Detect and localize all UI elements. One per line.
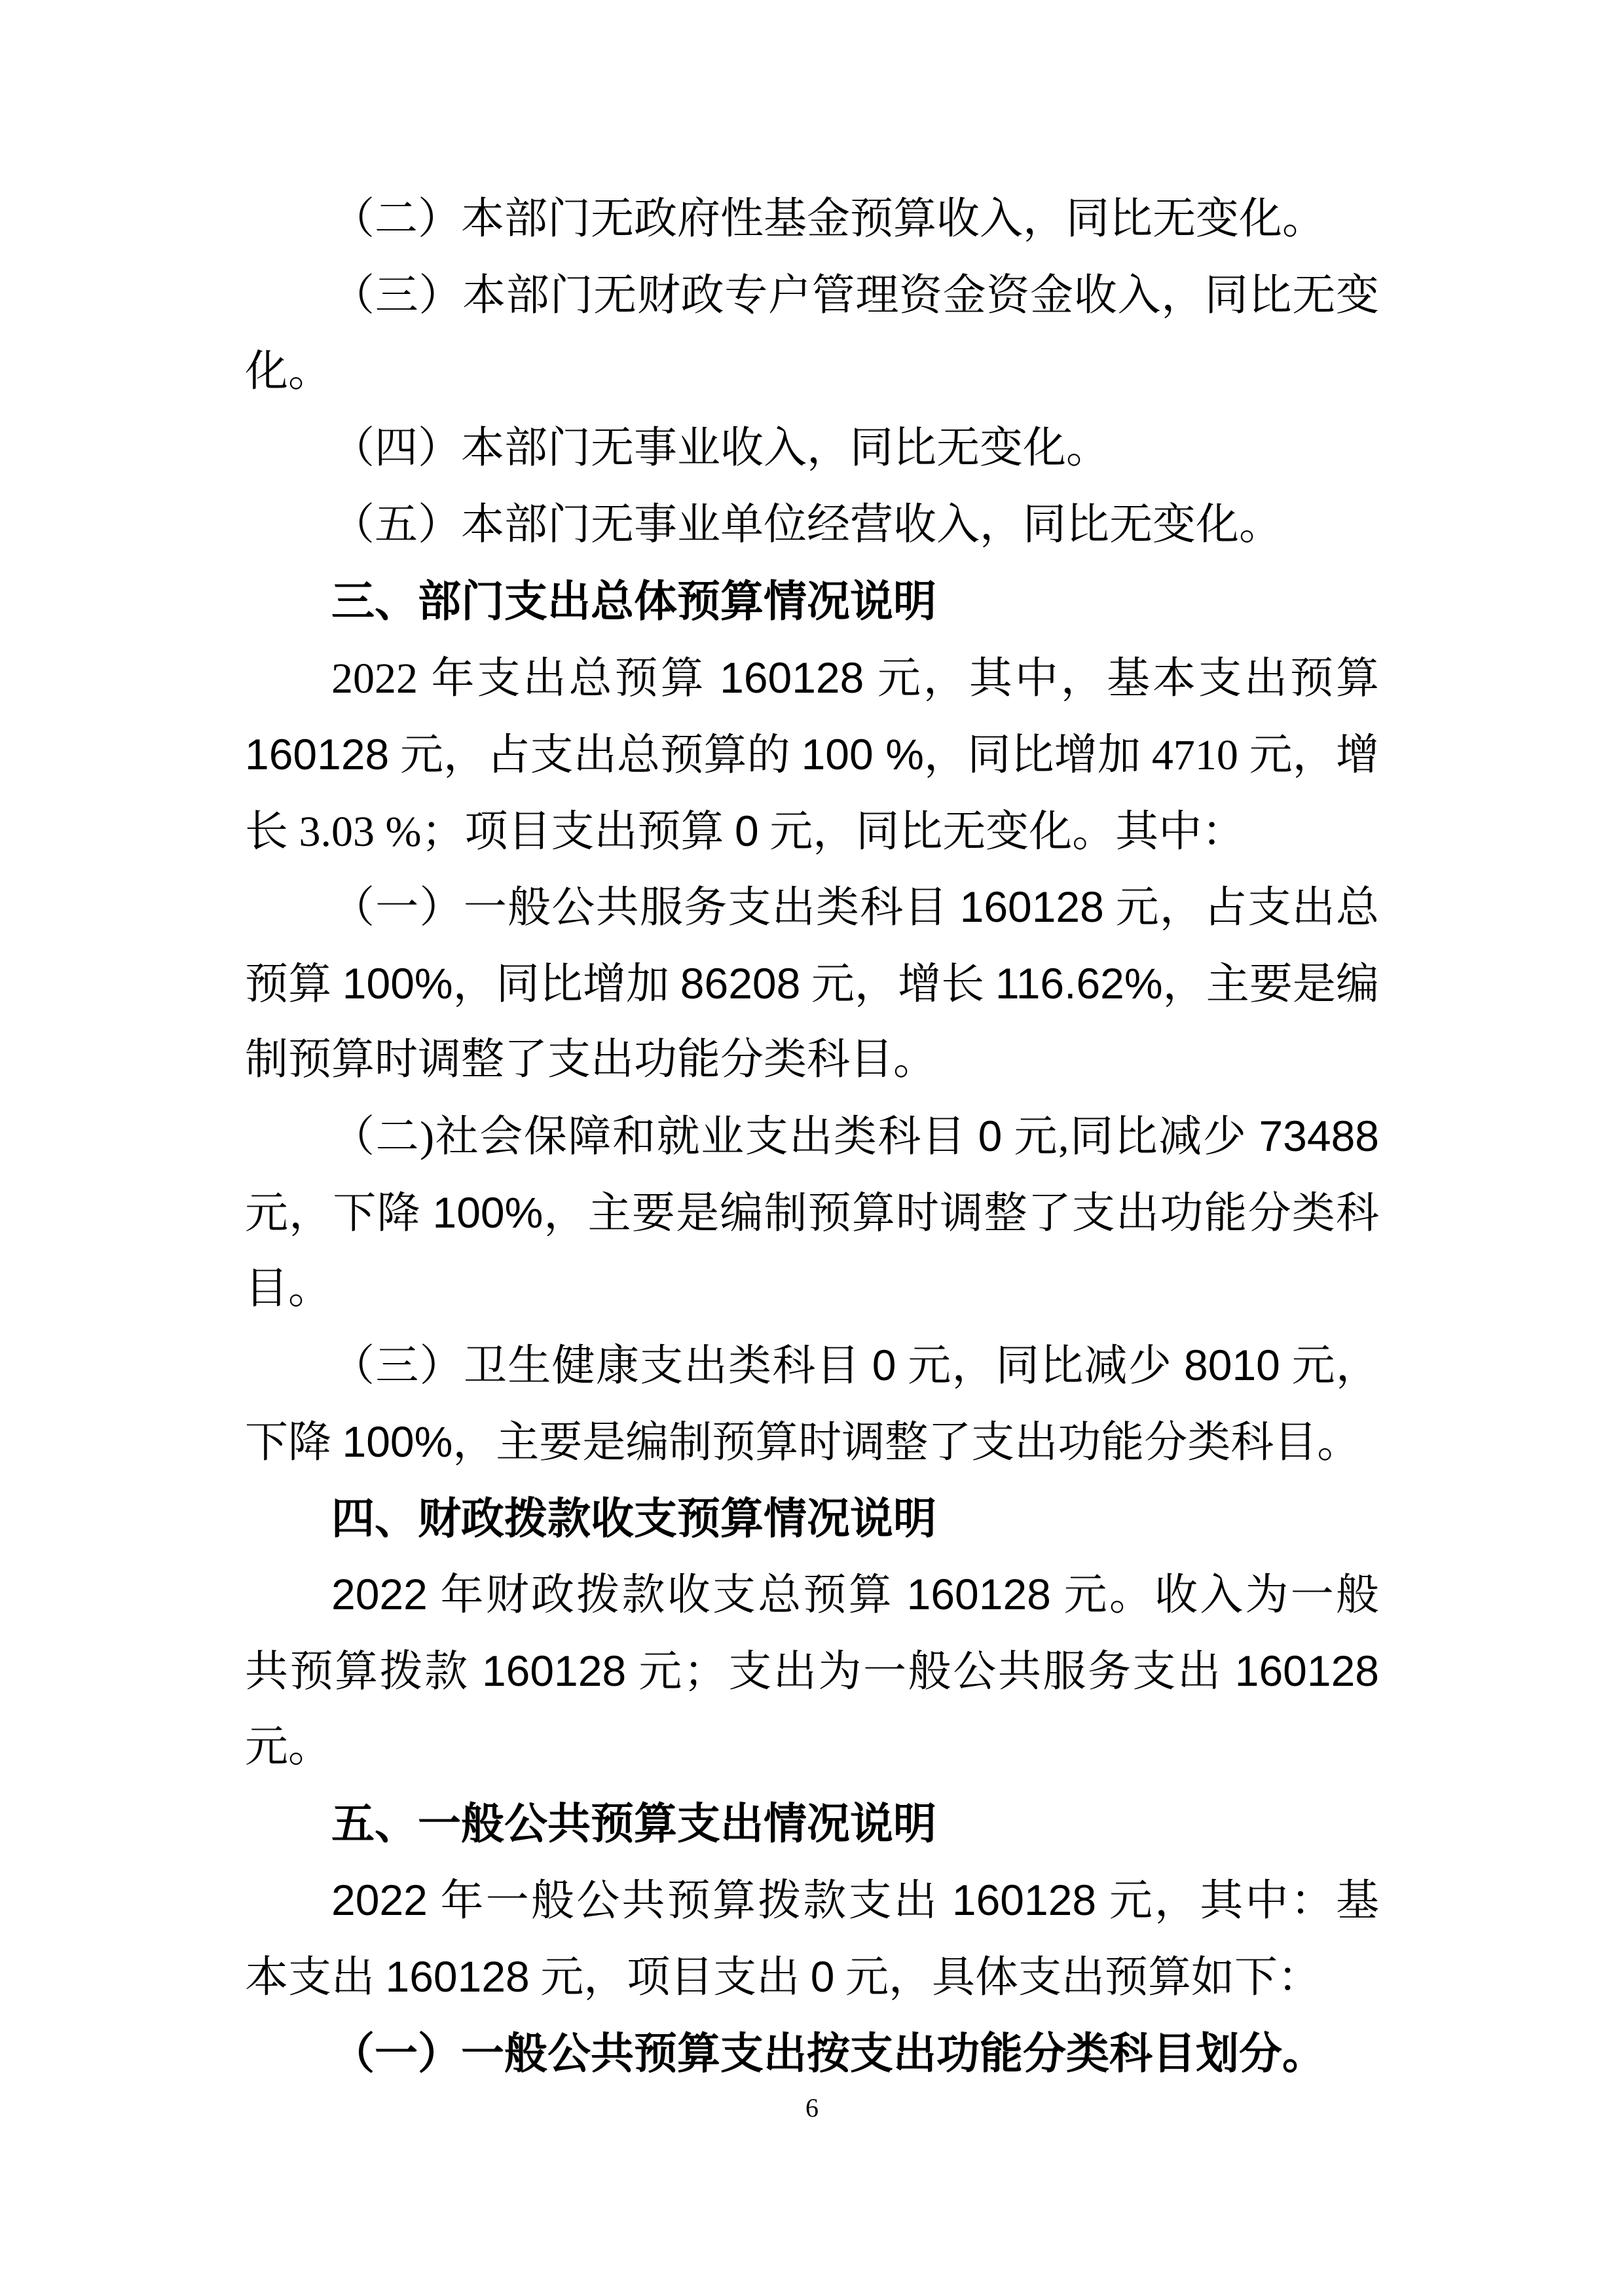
text-line: （二）本部门无政府性基金预算收入，同比无变化。 [245,181,1379,258]
text-line: 化。 [245,334,1379,410]
text-segment: ，主要是编 [1163,960,1379,1008]
text-segment: 预算 [245,960,342,1008]
text-segment: 2022 [331,1570,428,1618]
text-segment: 共预算拨款 [245,1648,482,1696]
text-segment: 100% [342,959,453,1008]
text-segment: 0 [735,807,759,855]
text-segment: 元，其中，基本支出预算 [864,655,1379,702]
text-line: （二)社会保障和就业支出类科目 0 元,同比减少 73488 [245,1098,1379,1175]
text-segment: （五）本部门无事业单位经营收入，同比无变化。 [331,501,1282,549]
text-segment: 160128 [907,1570,1051,1618]
text-segment: ，主要是编制预算时调整了支出功能分类科 [543,1190,1379,1237]
text-segment: 8010 [1184,1341,1280,1389]
text-segment: （三）本部门无财政专户管理资金资金收入，同比无变 [331,272,1379,319]
text-line: 元，下降 100%，主要是编制预算时调整了支出功能分类科 [245,1175,1379,1251]
text-segment: 160128 [960,883,1104,931]
text-line: 共预算拨款 160128 元；支出为一般公共服务支出 160128 [245,1633,1379,1709]
text-segment: 116.62% [995,959,1163,1008]
text-segment: 160128 [245,730,389,778]
text-line: 三、部门支出总体预算情况说明 [245,563,1379,640]
text-line: 长 3.03 %；项目支出预算 0 元，同比无变化。其中： [245,793,1379,869]
text-line: 元。 [245,1709,1379,1786]
text-segment: 86208 [680,959,801,1008]
page-number: 6 [805,2093,819,2123]
text-line: 160128 元，占支出总预算的 100 %，同比增加 4710 元，增 [245,716,1379,793]
text-segment: 0 [872,1341,896,1389]
text-line: 预算 100%，同比增加 86208 元，增长 116.62%，主要是编 [245,945,1379,1022]
text-segment: 目。 [245,1265,331,1313]
text-line: 2022 年支出总预算 160128 元，其中，基本支出预算 [245,640,1379,716]
text-segment: 元，增长 [800,960,995,1008]
text-segment: （四）本部门无事业收入，同比无变化。 [331,424,1109,472]
text-segment: 元，具体支出预算如下： [834,1954,1321,2001]
text-segment: 元，同比无变化。其中： [759,808,1246,856]
text-segment: 元，增 [1238,731,1379,779]
text-segment: 元， [1280,1342,1379,1390]
text-segment: 年支出总预算 [418,655,720,702]
text-segment: 元，下降 [245,1190,432,1237]
text-segment: ，同比增加 [924,731,1152,779]
text-segment: 元，同比减少 [896,1342,1184,1390]
text-segment: 元，其中：基 [1096,1877,1379,1925]
text-segment: 160128 [482,1647,626,1695]
text-line: 五、一般公共预算支出情况说明 [245,1785,1379,1862]
text-segment: 160128 [952,1876,1096,1924]
text-segment: （三）卫生健康支出类科目 [331,1342,872,1390]
text-segment: 0 [978,1112,1003,1160]
text-segment: 4710 [1152,731,1238,779]
text-segment: ；项目支出预算 [421,808,735,856]
text-segment: ，同比增加 [453,960,680,1008]
text-segment: （二）本部门无政府性基金预算收入，同比无变化。 [331,195,1325,243]
text-segment: 元，占支出总 [1104,884,1379,932]
text-line: 本支出 160128 元，项目支出 0 元，具体支出预算如下： [245,1939,1379,2015]
text-line: 目。 [245,1251,1379,1328]
text-line: 2022 年财政拨款收支总预算 160128 元。收入为一般公 [245,1556,1379,1633]
text-segment: 100% [432,1188,543,1237]
text-segment: 160128 [1235,1647,1379,1695]
text-segment: 3.03 % [299,808,422,856]
text-segment: 元,同比减少 [1002,1113,1259,1161]
text-segment: 化。 [245,348,331,395]
text-segment: 160128 [386,1952,530,2001]
document-page: （二）本部门无政府性基金预算收入，同比无变化。（三）本部门无财政专户管理资金资金… [0,0,1624,2296]
text-segment: 160128 [720,653,864,702]
text-segment: 元。 [245,1723,331,1771]
text-line: 2022 年一般公共预算拨款支出 160128 元，其中：基 [245,1862,1379,1939]
text-segment: 元；支出为一般公共服务支出 [626,1648,1235,1696]
text-segment: 长 [245,808,299,856]
text-line: （三）卫生健康支出类科目 0 元，同比减少 8010 元， [245,1327,1379,1404]
text-line: （一）一般公共服务支出类科目 160128 元，占支出总 [245,869,1379,945]
text-segment: （二)社会保障和就业支出类科目 [331,1113,978,1161]
text-segment: 73488 [1259,1112,1379,1160]
text-segment: 下降 [245,1419,342,1467]
page-footer: 6 [0,2092,1624,2124]
text-segment: 年财政拨款收支总预算 [428,1571,907,1619]
text-line: 制预算时调整了支出功能分类科目。 [245,1022,1379,1099]
text-segment: ，主要是编制预算时调整了支出功能分类科目。 [452,1419,1360,1467]
text-segment: 2022 [331,1876,428,1924]
text-segment: 四、财政拨款收支预算情况说明 [331,1494,936,1542]
text-segment: 元，项目支出 [530,1954,811,2001]
text-segment: 2022 [331,655,418,702]
text-segment: 100 % [802,730,924,778]
text-segment: 本支出 [245,1954,386,2001]
text-segment: 100% [342,1417,453,1466]
text-segment: 五、一般公共预算支出情况说明 [331,1799,936,1848]
text-line: 四、财政拨款收支预算情况说明 [245,1480,1379,1557]
text-line: （四）本部门无事业收入，同比无变化。 [245,410,1379,487]
text-segment: 0 [811,1952,835,2001]
text-segment: （一）一般公共预算支出按支出功能分类科目划分。 [331,2029,1325,2077]
document-body: （二）本部门无政府性基金预算收入，同比无变化。（三）本部门无财政专户管理资金资金… [245,181,1379,2091]
text-line: （三）本部门无财政专户管理资金资金收入，同比无变 [245,258,1379,335]
text-segment: 制预算时调整了支出功能分类科目。 [245,1036,936,1084]
text-line: （一）一般公共预算支出按支出功能分类科目划分。 [245,2015,1379,2092]
text-segment: （一）一般公共服务支出类科目 [331,884,960,932]
text-line: （五）本部门无事业单位经营收入，同比无变化。 [245,487,1379,564]
text-segment: 年一般公共预算拨款支出 [428,1877,952,1925]
text-line: 下降 100%，主要是编制预算时调整了支出功能分类科目。 [245,1404,1379,1480]
text-segment: 三、部门支出总体预算情况说明 [331,577,936,625]
text-segment: 元，占支出总预算的 [389,731,801,779]
